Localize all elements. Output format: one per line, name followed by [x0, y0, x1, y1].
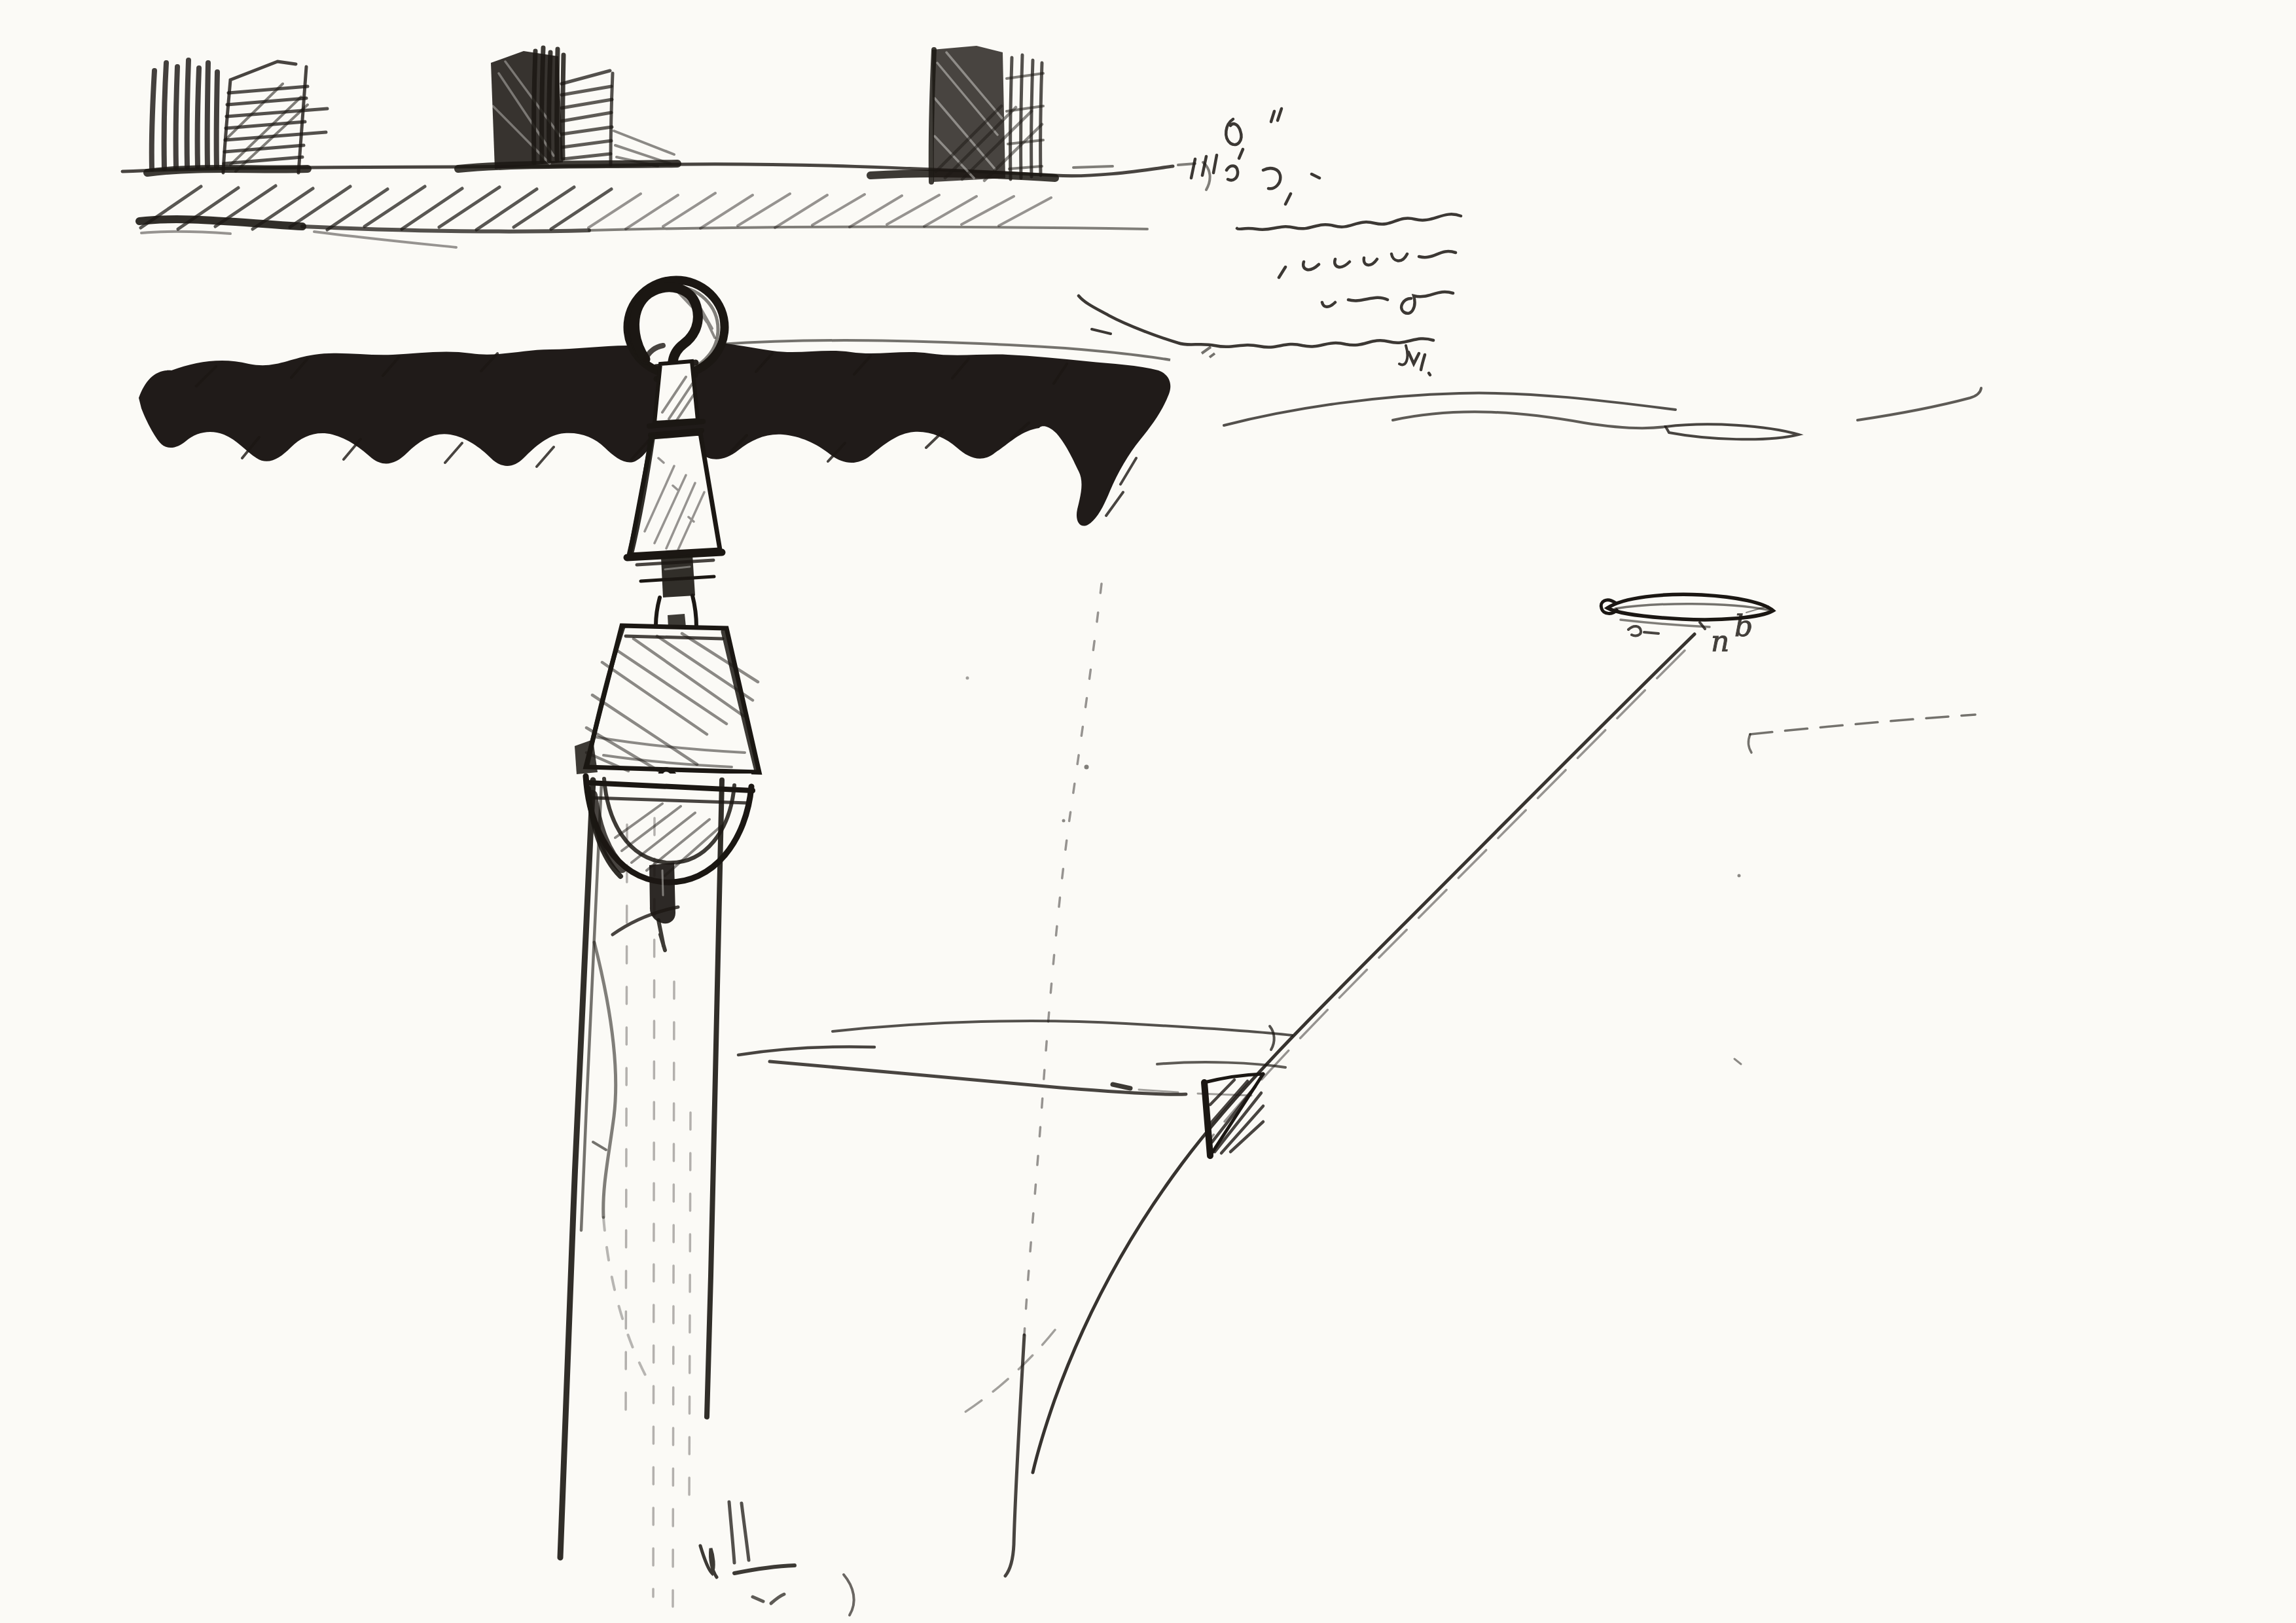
crane-diagonal-main — [1033, 634, 1695, 1472]
wall-bottom-edge-heavy — [139, 219, 302, 226]
wall-bottom-edge — [302, 226, 589, 232]
post-left-edge — [560, 780, 593, 1558]
post-foot-paren — [844, 1575, 854, 1615]
crane-beam-midline — [1615, 604, 1768, 610]
post-right-edge — [707, 780, 722, 1417]
post-interior-arc — [594, 942, 616, 1217]
post-tick — [593, 1142, 606, 1150]
building-block-3 — [931, 46, 1043, 182]
neck-pin — [641, 577, 714, 581]
ink-band-end-tick — [1202, 347, 1215, 357]
wavy-line-1 — [1224, 393, 1676, 425]
building-block-2 — [491, 48, 674, 169]
block3-left-edge — [931, 50, 934, 182]
neck-block — [661, 554, 695, 597]
right-dashed-line — [1750, 715, 1975, 734]
stray-dot-4 — [966, 677, 969, 680]
wall-base-shadow — [147, 164, 1055, 178]
post-right-bottom-strokes — [729, 1502, 749, 1563]
table-line-arrow — [1113, 1084, 1130, 1088]
axle-white-slit — [662, 870, 663, 895]
mast-post — [560, 780, 854, 1615]
wavy-lines — [1224, 388, 1981, 439]
wall-bottom-secondary — [141, 232, 456, 247]
stray-dot-2 — [1062, 819, 1066, 823]
wall-ledge — [122, 162, 1210, 247]
crane: n b — [965, 594, 1773, 1472]
post-foot-dash — [734, 1565, 795, 1573]
construction-marks — [966, 584, 1742, 1576]
post-interior-dashes — [626, 818, 691, 1607]
table-line-heavy — [770, 1061, 1186, 1094]
post-foot-squiggle — [700, 1546, 717, 1577]
wall-hatch-right — [588, 193, 1051, 229]
right-dashed-line-tip — [1749, 734, 1751, 753]
mirror-writing-row-6 — [1079, 296, 1433, 348]
table-line-upper — [833, 1021, 1292, 1035]
mirror-writing-row-1 — [1226, 109, 1282, 158]
mirror-writing-row-6-descender — [1092, 329, 1407, 365]
axle-under-tick — [658, 920, 665, 950]
plumb-line-lower — [1005, 1335, 1024, 1576]
letter-n: n — [1711, 625, 1729, 658]
crane-diagonal-tail — [965, 1330, 1055, 1412]
post-foot-ticks — [753, 1594, 784, 1603]
table-line-upper-hook — [1270, 1026, 1274, 1050]
stray-tick — [1734, 1059, 1741, 1064]
table-edge-lines — [738, 715, 1975, 1096]
mirror-writing-row-5 — [1322, 292, 1453, 313]
plumb-line-upper — [1024, 584, 1102, 1335]
block1-vertical-strokes — [152, 60, 217, 169]
stray-dot-1 — [1085, 765, 1089, 770]
sketch-page: n b — [0, 0, 2296, 1623]
block2-light-horizontals — [562, 86, 612, 159]
wavy-line-3 — [1857, 388, 1981, 420]
mirror-writing — [1079, 109, 1461, 375]
mirror-writing-row-7 — [1408, 352, 1430, 375]
table-line-short — [738, 1047, 874, 1056]
stray-dot-3 — [1738, 874, 1741, 878]
wavy-line-2 — [1393, 412, 1666, 428]
wall-bottom-edge-thin — [589, 227, 1147, 231]
letter-b: b — [1734, 610, 1753, 643]
building-block-1 — [152, 60, 327, 173]
sketch-drawing: n b — [0, 0, 2296, 1623]
mirror-writing-row-3 — [1237, 214, 1461, 229]
mirror-writing-row-4 — [1279, 251, 1456, 277]
wavy-leaf — [1666, 424, 1799, 439]
